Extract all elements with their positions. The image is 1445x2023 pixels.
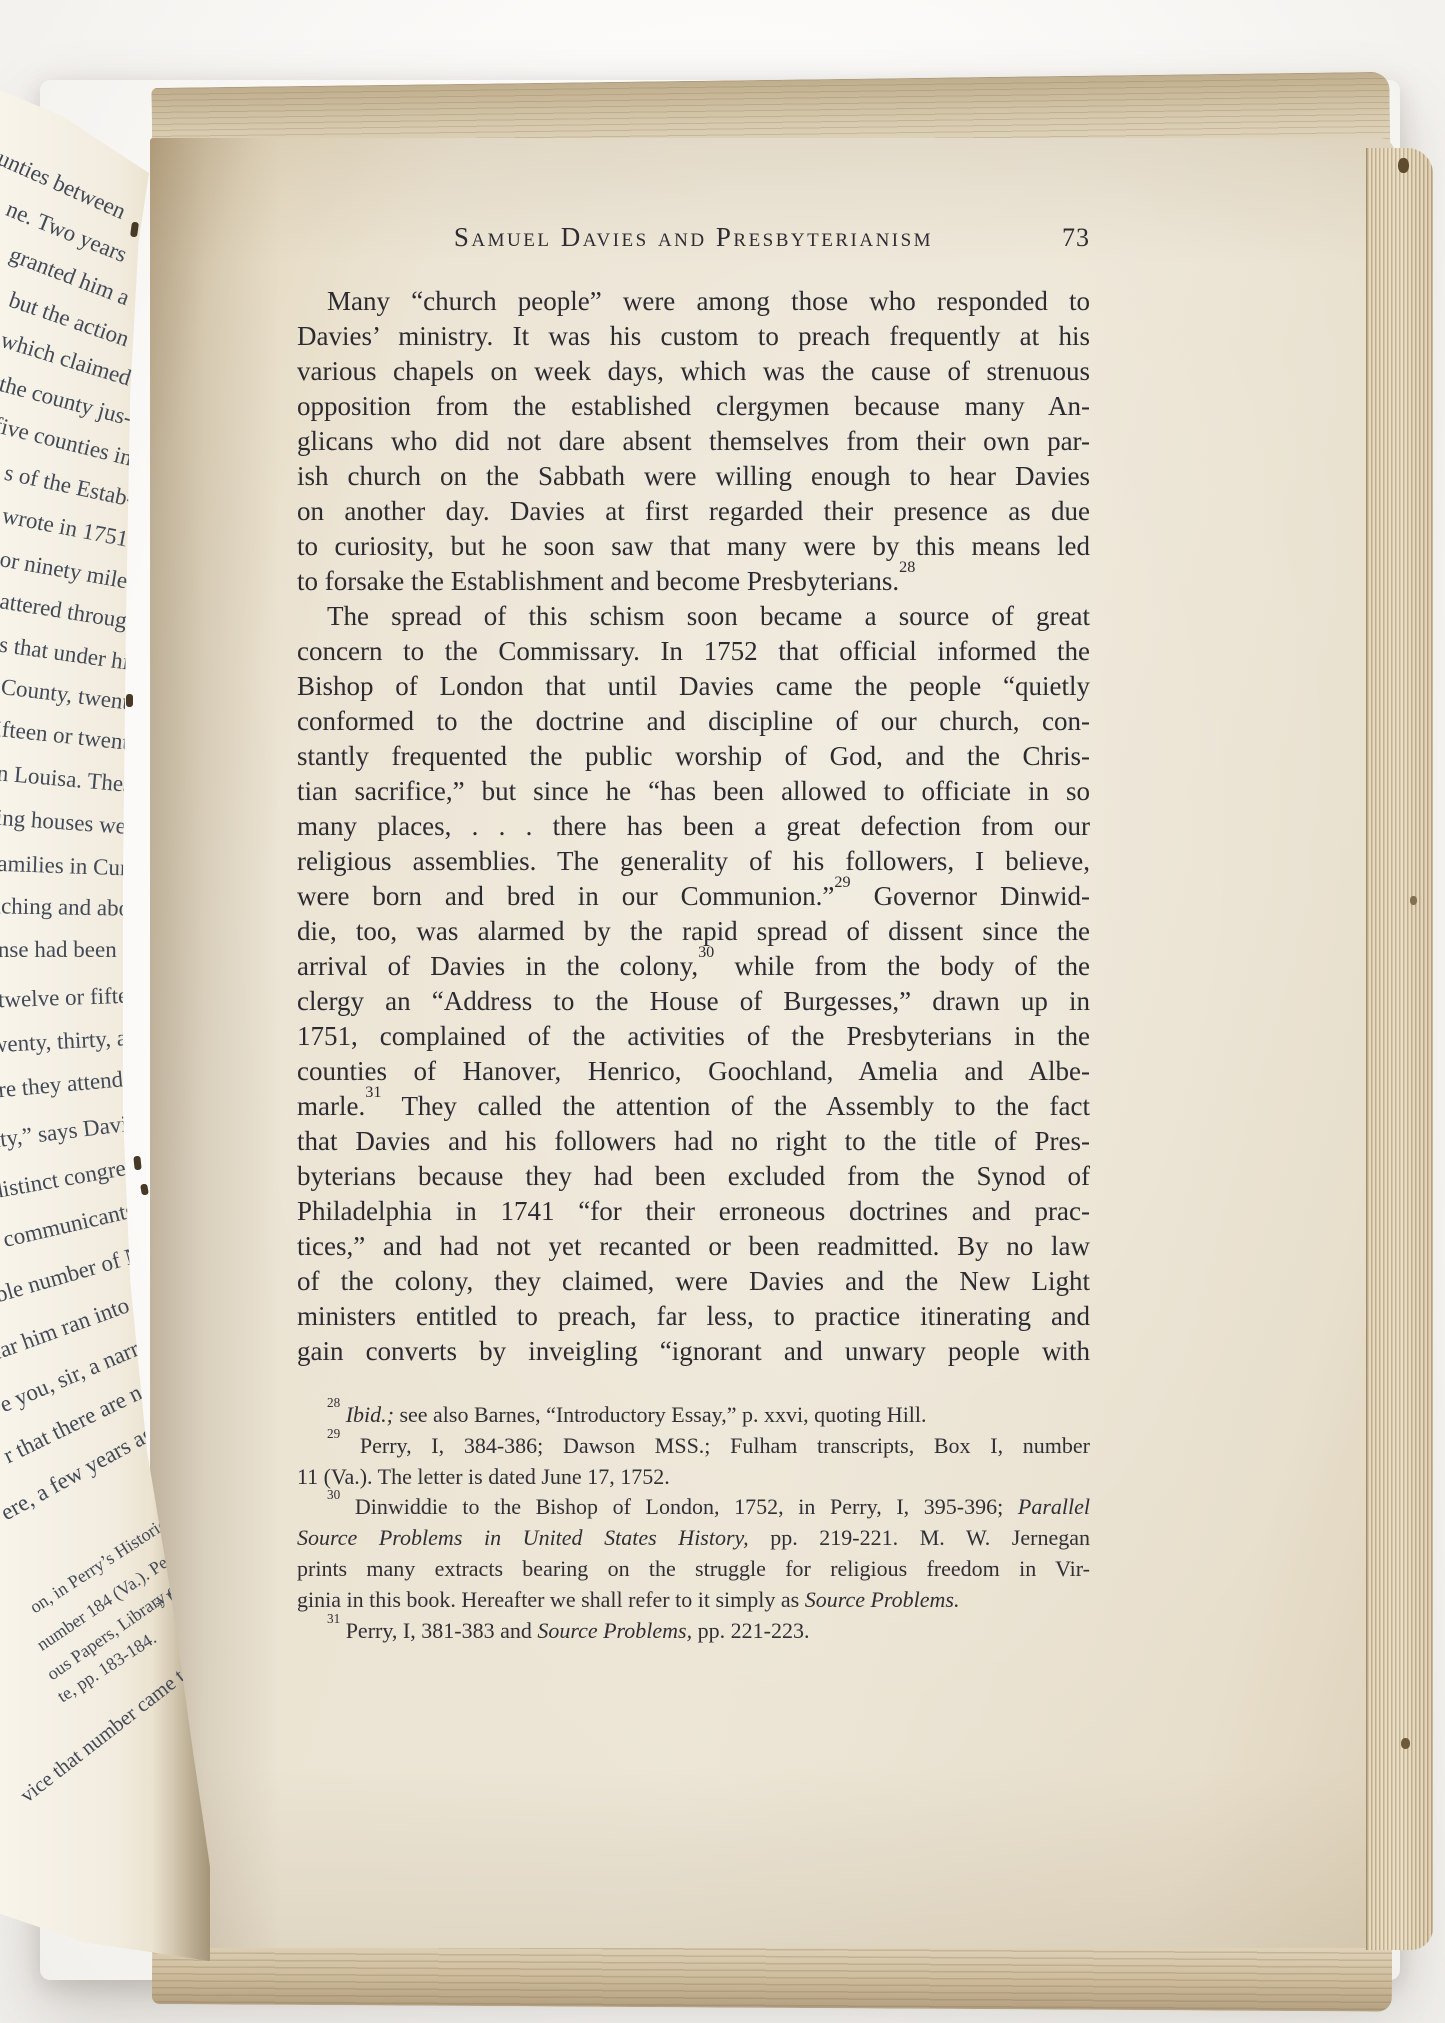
body-text-line: religious assemblies. The generality of …: [297, 844, 1090, 879]
page-edge-speck: [1398, 158, 1409, 173]
left-page-fragment: in Louisa. These: [0, 760, 143, 799]
bottom-page-edges: [152, 1938, 1392, 2012]
page-edge-speck: [1401, 1738, 1410, 1749]
right-page: Samuel Davies and Presbyterianism 73 Man…: [150, 138, 1395, 1948]
binding-stitch: [133, 1156, 141, 1171]
page-edge-speck: [1410, 896, 1417, 905]
body-text-line: arrival of Davies in the colony,30 while…: [297, 949, 1090, 984]
body-text-line: marle.31 They called the attention of th…: [297, 1089, 1090, 1124]
body-text-line: The spread of this schism soon became a …: [297, 599, 1090, 634]
body-text-line: ish church on the Sabbath were willing e…: [297, 459, 1090, 494]
body-text-line: Many “church people” were among those wh…: [297, 284, 1090, 319]
body-text-line: die, too, was alarmed by the rapid sprea…: [297, 914, 1090, 949]
body-text-line: opposition from the established clergyme…: [297, 389, 1090, 424]
footnote-line: 30 Dinwiddie to the Bishop of London, 17…: [297, 1492, 1090, 1523]
body-text-line: tices,” and had not yet recanted or been…: [297, 1229, 1090, 1264]
body-text-line: Davies’ ministry. It was his custom to p…: [297, 319, 1090, 354]
body-text-line: to curiosity, but he soon saw that many …: [297, 529, 1090, 564]
footnote-line: 28 Ibid.; see also Barnes, “Introductory…: [297, 1400, 1090, 1431]
left-page-fragment: wrote in 1751:: [0, 503, 136, 554]
left-page-fragment: cattered through: [0, 587, 140, 636]
body-text-line: to forsake the Establishment and become …: [297, 564, 1090, 599]
body-text-line: conformed to the doctrine and discipline…: [297, 704, 1090, 739]
body-text-line: various chapels on week days, which was …: [297, 354, 1090, 389]
body-text-line: concern to the Commissary. In 1752 that …: [297, 634, 1090, 669]
left-page-fragment: s that under his: [0, 632, 140, 677]
header-title: Samuel Davies and Presbyterianism: [297, 222, 1090, 253]
body-text-line: clergy an “Address to the House of Burge…: [297, 984, 1090, 1019]
page-number: 73: [1062, 223, 1090, 253]
body-text-line: were born and bred in our Communion.”29 …: [297, 879, 1090, 914]
footnote-line: 29 Perry, I, 384-386; Dawson MSS.; Fulha…: [297, 1431, 1090, 1462]
body-text-line: tian sacrifice,” but since he “has been …: [297, 774, 1090, 809]
body-text-line: Bishop of London that until Davies came …: [297, 669, 1090, 704]
body-text-line: 1751, complained of the activities of th…: [297, 1019, 1090, 1054]
footnote-line: 11 (Va.). The letter is dated June 17, 1…: [297, 1462, 1090, 1493]
body-text: Many “church people” were among those wh…: [297, 284, 1090, 1369]
footnote-line: prints many extracts bearing on the stru…: [297, 1554, 1090, 1585]
body-text-line: gain converts by inveigling “ignorant an…: [297, 1334, 1090, 1369]
body-text-line: many places, . . . there has been a grea…: [297, 809, 1090, 844]
book-photo: Samuel Davies and Presbyterianism 73 Man…: [0, 0, 1445, 2023]
left-page-fragment: County, twenty: [0, 674, 142, 717]
right-page-edges: [1366, 148, 1433, 1950]
body-text-line: stantly frequented the public worship of…: [297, 739, 1090, 774]
body-text-line: that Davies and his followers had no rig…: [297, 1124, 1090, 1159]
body-text-line: byterians because they had been excluded…: [297, 1159, 1090, 1194]
left-page-fragment: or ninety miles: [0, 546, 138, 596]
left-page-fragment: fifteen or twenty: [0, 715, 141, 757]
footnote-line: 31 Perry, I, 381-383 and Source Problems…: [297, 1616, 1090, 1647]
footnotes: 28 Ibid.; see also Barnes, “Introductory…: [297, 1400, 1090, 1646]
body-text-line: ministers entitled to preach, far less, …: [297, 1299, 1090, 1334]
body-text-line: of the colony, they claimed, were Davies…: [297, 1264, 1090, 1299]
left-page-fragment: eting houses were: [0, 804, 145, 841]
footnote-line: Source Problems in United States History…: [297, 1523, 1090, 1554]
body-text-line: on another day. Davies at first regarded…: [297, 494, 1090, 529]
binding-stitch: [126, 694, 133, 707]
running-header: Samuel Davies and Presbyterianism 73: [297, 222, 1090, 253]
body-text-line: glicans who did not dare absent themselv…: [297, 424, 1090, 459]
body-text-line: counties of Hanover, Henrico, Goochland,…: [297, 1054, 1090, 1089]
footnote-line: ginia in this book. Hereafter we shall r…: [297, 1585, 1090, 1616]
body-text-line: Philadelphia in 1741 “for their erroneou…: [297, 1194, 1090, 1229]
